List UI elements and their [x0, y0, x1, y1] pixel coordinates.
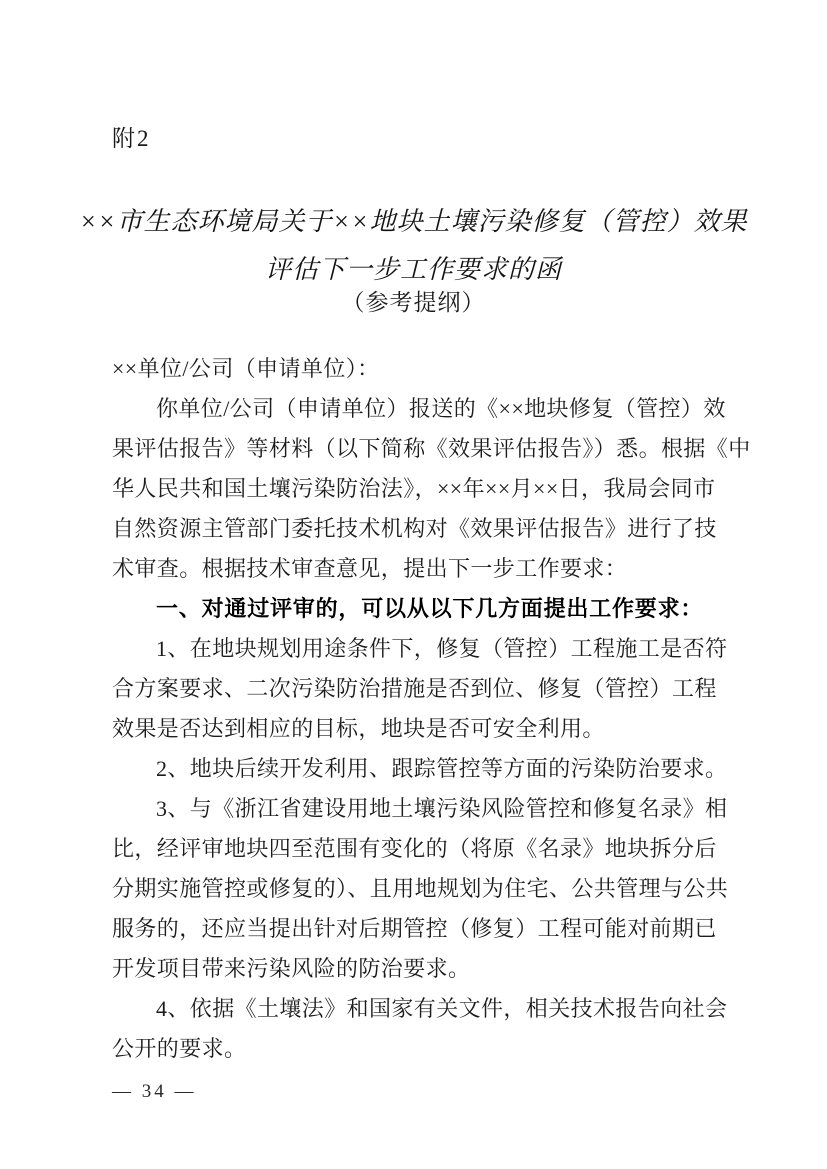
body-line: ××单位/公司（申请单位）：: [112, 349, 718, 389]
body-line: 1、在地块规划用途条件下，修复（管控）工程施工是否符: [112, 629, 718, 669]
body-line: 3、与《浙江省建设用地土壤污染风险管控和修复名录》相: [112, 789, 718, 829]
document-title: ××市生态环境局关于××地块土壤污染修复（管控）效果 评估下一步工作要求的函: [40, 198, 787, 294]
section-heading: 一、对通过评审的，可以从以下几方面提出工作要求：: [112, 589, 718, 629]
document-subtitle: （参考提纲）: [0, 288, 827, 318]
body-line: 你单位/公司（申请单位）报送的《××地块修复（管控）效: [112, 389, 718, 429]
body-line: 效果是否达到相应的目标，地块是否可安全利用。: [112, 709, 718, 749]
page-number: — 34 —: [112, 1080, 197, 1104]
attachment-label: 附2: [112, 124, 151, 154]
document-title-line-1: ××市生态环境局关于××地块土壤污染修复（管控）效果: [40, 198, 787, 246]
document-title-line-2: 评估下一步工作要求的函: [40, 246, 787, 294]
body-line: 术审查。根据技术审查意见，提出下一步工作要求：: [112, 549, 718, 589]
body-line: 比，经评审地块四至范围有变化的（将原《名录》地块拆分后: [112, 829, 718, 869]
body-line: 自然资源主管部门委托技术机构对《效果评估报告》进行了技: [112, 509, 718, 549]
body-line: 分期实施管控或修复的）、且用地规划为住宅、公共管理与公共: [112, 869, 718, 909]
body-line: 果评估报告》等材料（以下简称《效果评估报告》）悉。根据《中: [112, 429, 718, 469]
body-line: 华人民共和国土壤污染防治法》，××年××月××日，我局会同市: [112, 469, 718, 509]
body-text: ××单位/公司（申请单位）：你单位/公司（申请单位）报送的《××地块修复（管控）…: [112, 349, 718, 1069]
body-line: 开发项目带来污染风险的防治要求。: [112, 949, 718, 989]
document-page: 附2 ××市生态环境局关于××地块土壤污染修复（管控）效果 评估下一步工作要求的…: [0, 0, 827, 1169]
body-line: 公开的要求。: [112, 1029, 718, 1069]
body-line: 服务的，还应当提出针对后期管控（修复）工程可能对前期已: [112, 909, 718, 949]
body-line: 4、依据《土壤法》和国家有关文件，相关技术报告向社会: [112, 989, 718, 1029]
body-line: 2、地块后续开发利用、跟踪管控等方面的污染防治要求。: [112, 749, 718, 789]
body-line: 合方案要求、二次污染防治措施是否到位、修复（管控）工程: [112, 669, 718, 709]
